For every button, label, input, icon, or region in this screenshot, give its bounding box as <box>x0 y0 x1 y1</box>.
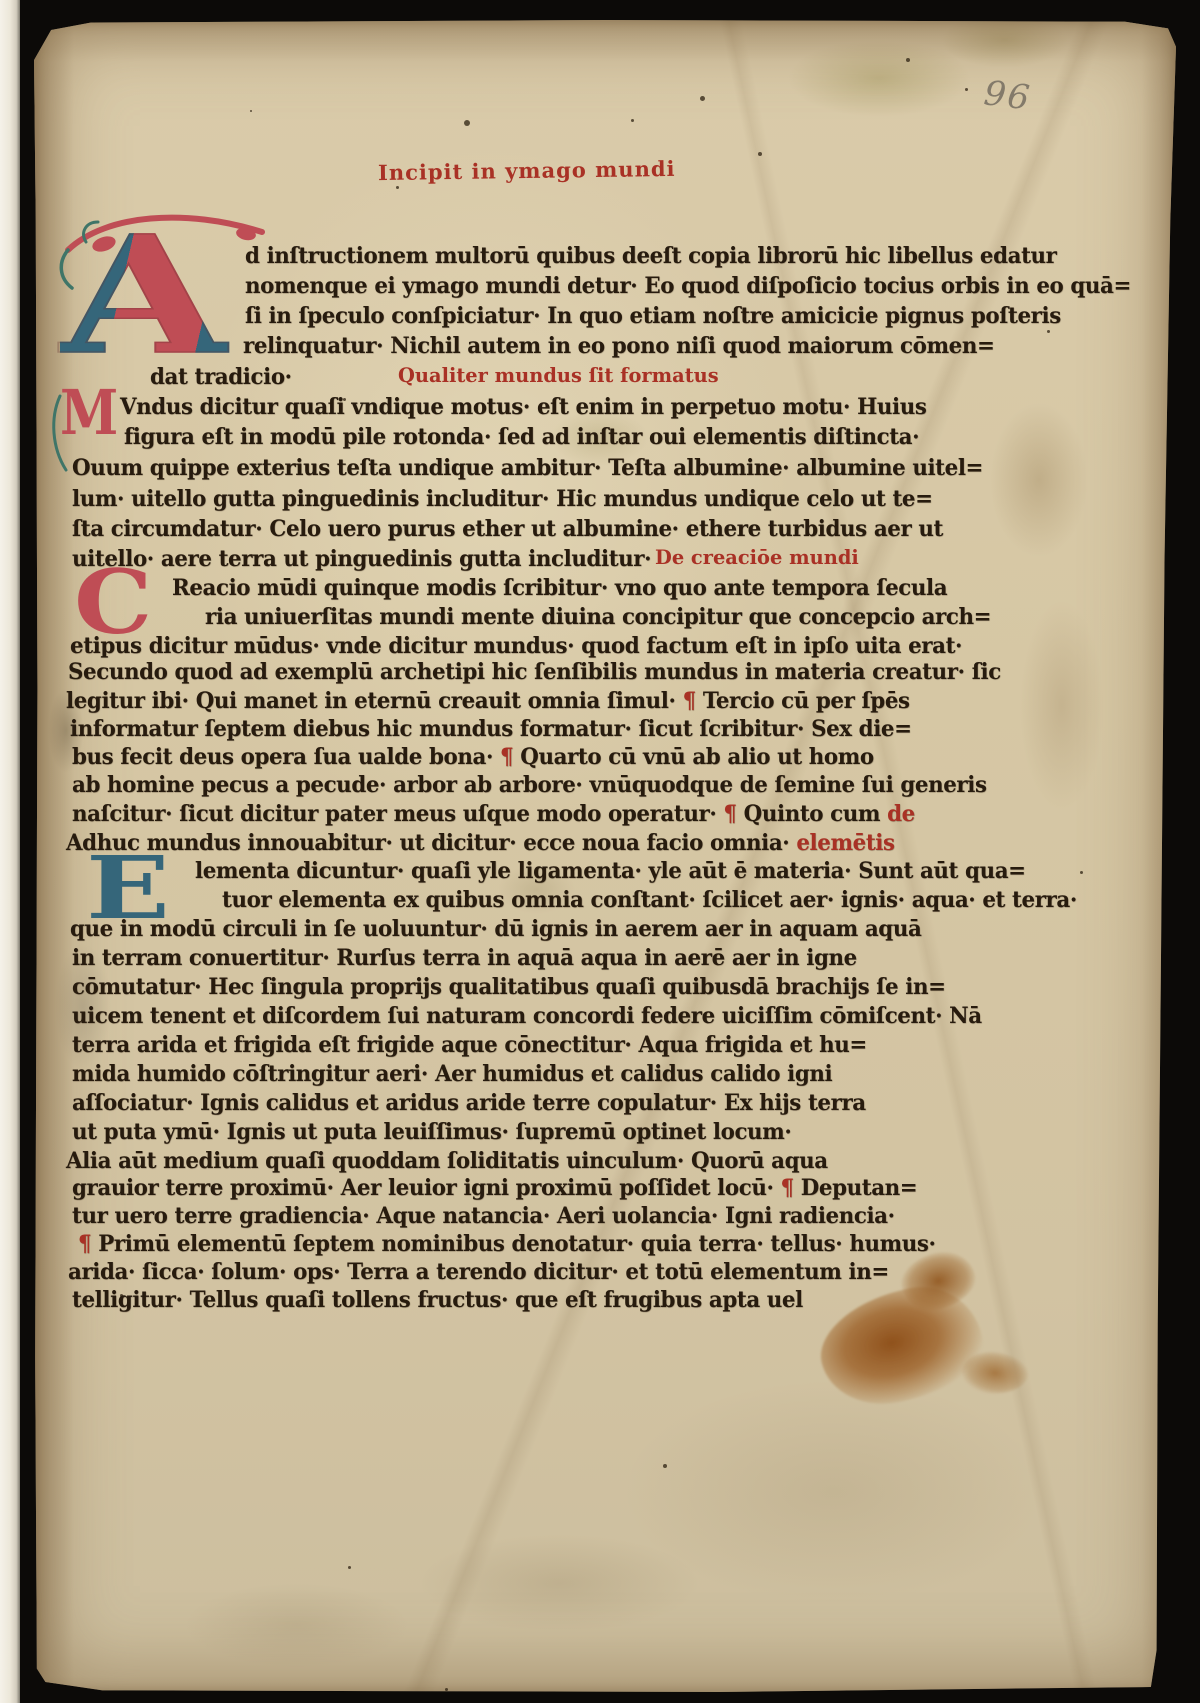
illuminated-initial-M: M <box>60 382 129 444</box>
initial-letter: A <box>60 212 364 380</box>
rust-stain <box>809 1274 992 1418</box>
initial-letter: M <box>60 382 118 444</box>
facing-page-edge <box>0 0 20 1703</box>
folio-number: 96 <box>982 73 1034 118</box>
incipit-rubric: Incipit in ymago mundi <box>378 156 676 185</box>
initial-letter: E <box>86 846 170 932</box>
initial-letter: C <box>74 558 152 646</box>
illuminated-initial-C: C <box>74 558 144 646</box>
illuminated-initial-E: E <box>86 846 152 932</box>
